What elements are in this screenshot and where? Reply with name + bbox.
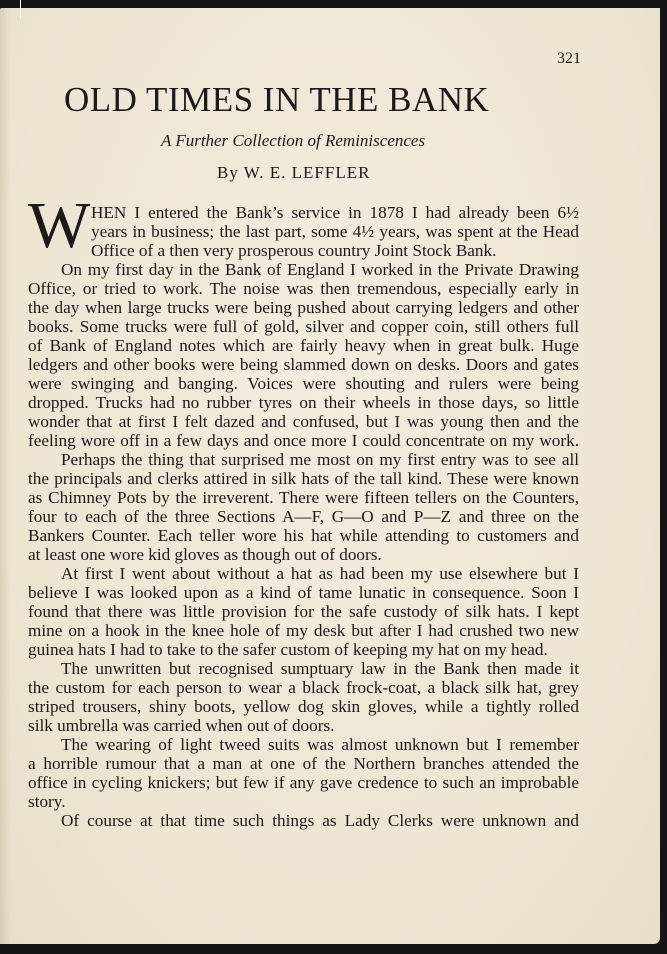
text-line: four to each of the three Sections A—F, … [28,507,579,527]
text-line: books. Some trucks were full of gold, si… [28,317,579,337]
text-line: a horrible rumour that a man at one of t… [28,754,579,774]
text-line: believe I was looked upon as a kind of t… [28,583,579,603]
text-line: The unwritten but recognised sumptuary l… [61,659,579,679]
author-byline: By W. E. LEFFLER [217,163,370,183]
text-line: at least one wore kid gloves as though o… [28,545,579,565]
text-line: striped trousers, shiny boots, yellow do… [28,697,579,717]
text-line: wonder that at first I felt dazed and co… [28,412,579,432]
article-title: OLD TIMES IN THE BANK [64,80,489,120]
text-line: the custom for each person to wear a bla… [28,678,579,698]
text-line: Bankers Counter. Each teller wore his ha… [28,526,579,546]
text-line: Of course at that time such things as La… [61,811,579,831]
text-line: of Bank of England notes which are fairl… [28,336,579,356]
text-line: guinea hats I had to take to the safer c… [28,640,579,660]
text-line: office in cycling knickers; but few if a… [28,773,579,793]
text-line: On my first day in the Bank of England I… [61,260,579,280]
text-line: mine on a hook in the knee hole of my de… [28,621,579,641]
page-gutter-shadow [0,8,10,944]
text-line: Perhaps the thing that surprised me most… [61,450,579,470]
text-line: dropped. Trucks had no rubber tyres on t… [28,393,579,413]
text-line: found that there was little provision fo… [28,602,579,622]
text-line: feeling wore off in a few days and once … [28,431,579,451]
text-line: Office, or tried to work. The noise was … [28,279,579,299]
article-subtitle: A Further Collection of Reminiscences [161,131,425,151]
text-line: the principals and clerks attired in sil… [28,469,579,489]
drop-cap: W [28,196,90,256]
text-line: silk umbrella was carried when out of do… [28,716,579,736]
text-line: At first I went about without a hat as h… [61,564,579,584]
page-number: 321 [557,50,581,68]
text-line: as Chimney Pots by the irreverent. There… [28,488,579,508]
text-line: story. [28,792,579,812]
scan-marker [20,0,21,18]
text-line: were swinging and banging. Voices were s… [28,374,579,394]
text-line: HEN I entered the Bank’s service in 1878… [91,203,579,223]
text-line: Office of a then very prosperous country… [91,241,579,261]
text-line: The wearing of light tweed suits was alm… [61,735,579,755]
text-line: ledgers and other books were being slamm… [28,355,579,375]
text-line: the day when large trucks were being pus… [28,298,579,318]
text-line: years in business; the last part, some 4… [91,222,579,242]
